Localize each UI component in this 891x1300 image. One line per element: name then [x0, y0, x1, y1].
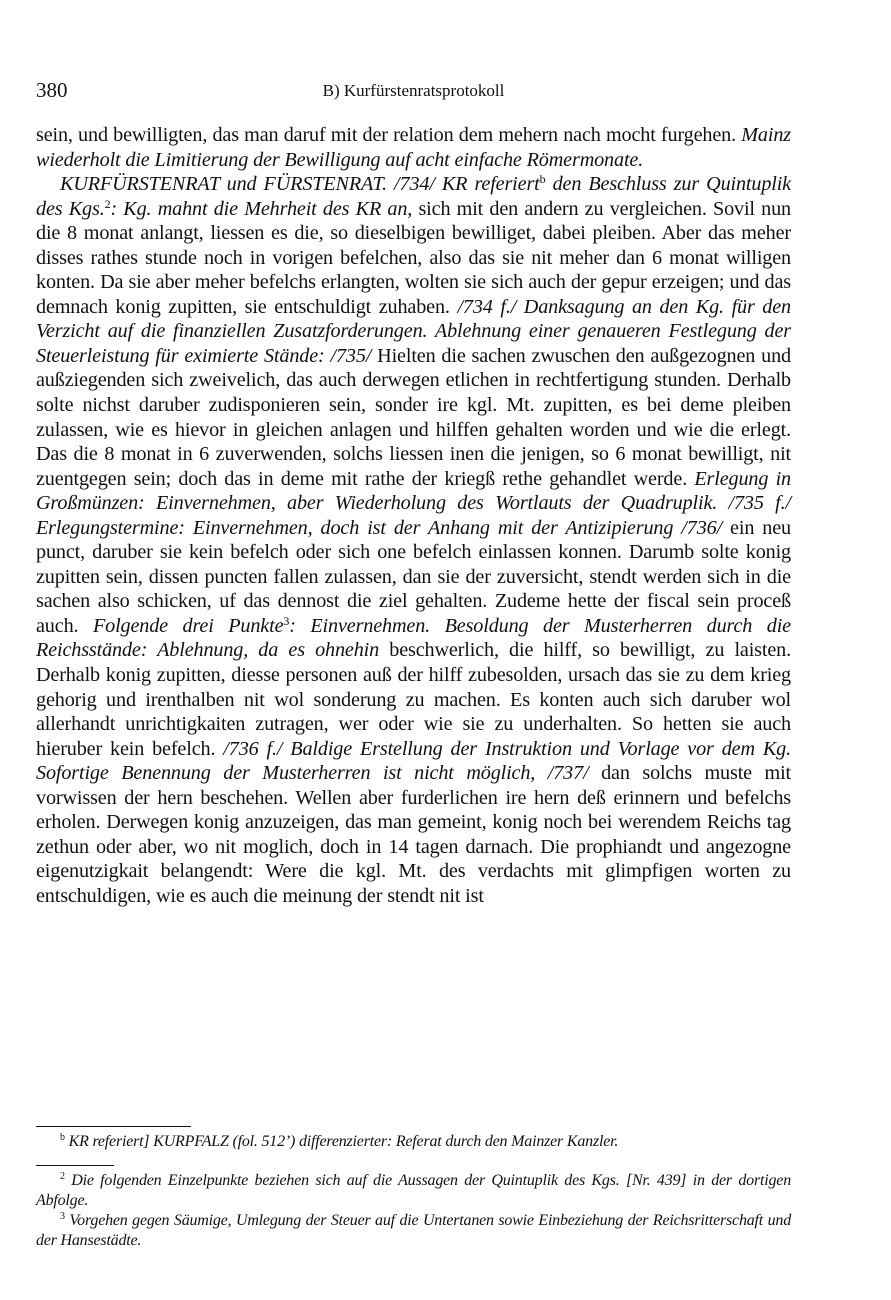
textcritical-footnotes: b KR referiert] KURPFALZ (fol. 512’) dif… — [36, 1132, 791, 1152]
text-run: sein, und bewilligten, das man daruf mit… — [36, 124, 741, 146]
paragraph-2: KURFÜRSTENRAT und FÜRSTENRAT. /734/ KR r… — [36, 172, 791, 908]
footnote-mark: 3 — [60, 1211, 65, 1222]
footnote-2: 2 Die folgenden Einzelpunkte beziehen si… — [36, 1171, 791, 1211]
editorial-summary: : Kg. mahnt die Mehrheit des KR an, — [110, 198, 412, 220]
editorial-summary: Folgende drei Punkte — [93, 615, 283, 637]
footnote-text: Vorgehen gegen Säumige, Umlegung der Ste… — [36, 1212, 791, 1249]
footnote-divider-numbered — [36, 1165, 114, 1166]
footnote-text: Die folgenden Einzelpunkte beziehen sich… — [36, 1172, 791, 1209]
footnote-mark: b — [60, 1132, 65, 1143]
footnote-b: b KR referiert] KURPFALZ (fol. 512’) dif… — [36, 1132, 791, 1152]
footnote-mark: 2 — [60, 1171, 65, 1182]
main-text: sein, und bewilligten, das man daruf mit… — [36, 123, 791, 909]
footnote-text: KR referiert] KURPFALZ (fol. 512’) diffe… — [69, 1133, 619, 1150]
page-header: 380 B) Kurfürstenratsprotokoll — [36, 78, 791, 106]
footnote-divider-textcritical — [36, 1126, 191, 1127]
footnote-3: 3 Vorgehen gegen Säumige, Umlegung der S… — [36, 1211, 791, 1251]
numbered-footnotes: 2 Die folgenden Einzelpunkte beziehen si… — [36, 1171, 791, 1251]
paragraph-1: sein, und bewilligten, das man daruf mit… — [36, 123, 791, 172]
running-head: B) Kurfürstenratsprotokoll — [36, 81, 791, 101]
editorial-summary: KURFÜRSTENRAT und FÜRSTENRAT. /734/ KR r… — [60, 173, 540, 195]
